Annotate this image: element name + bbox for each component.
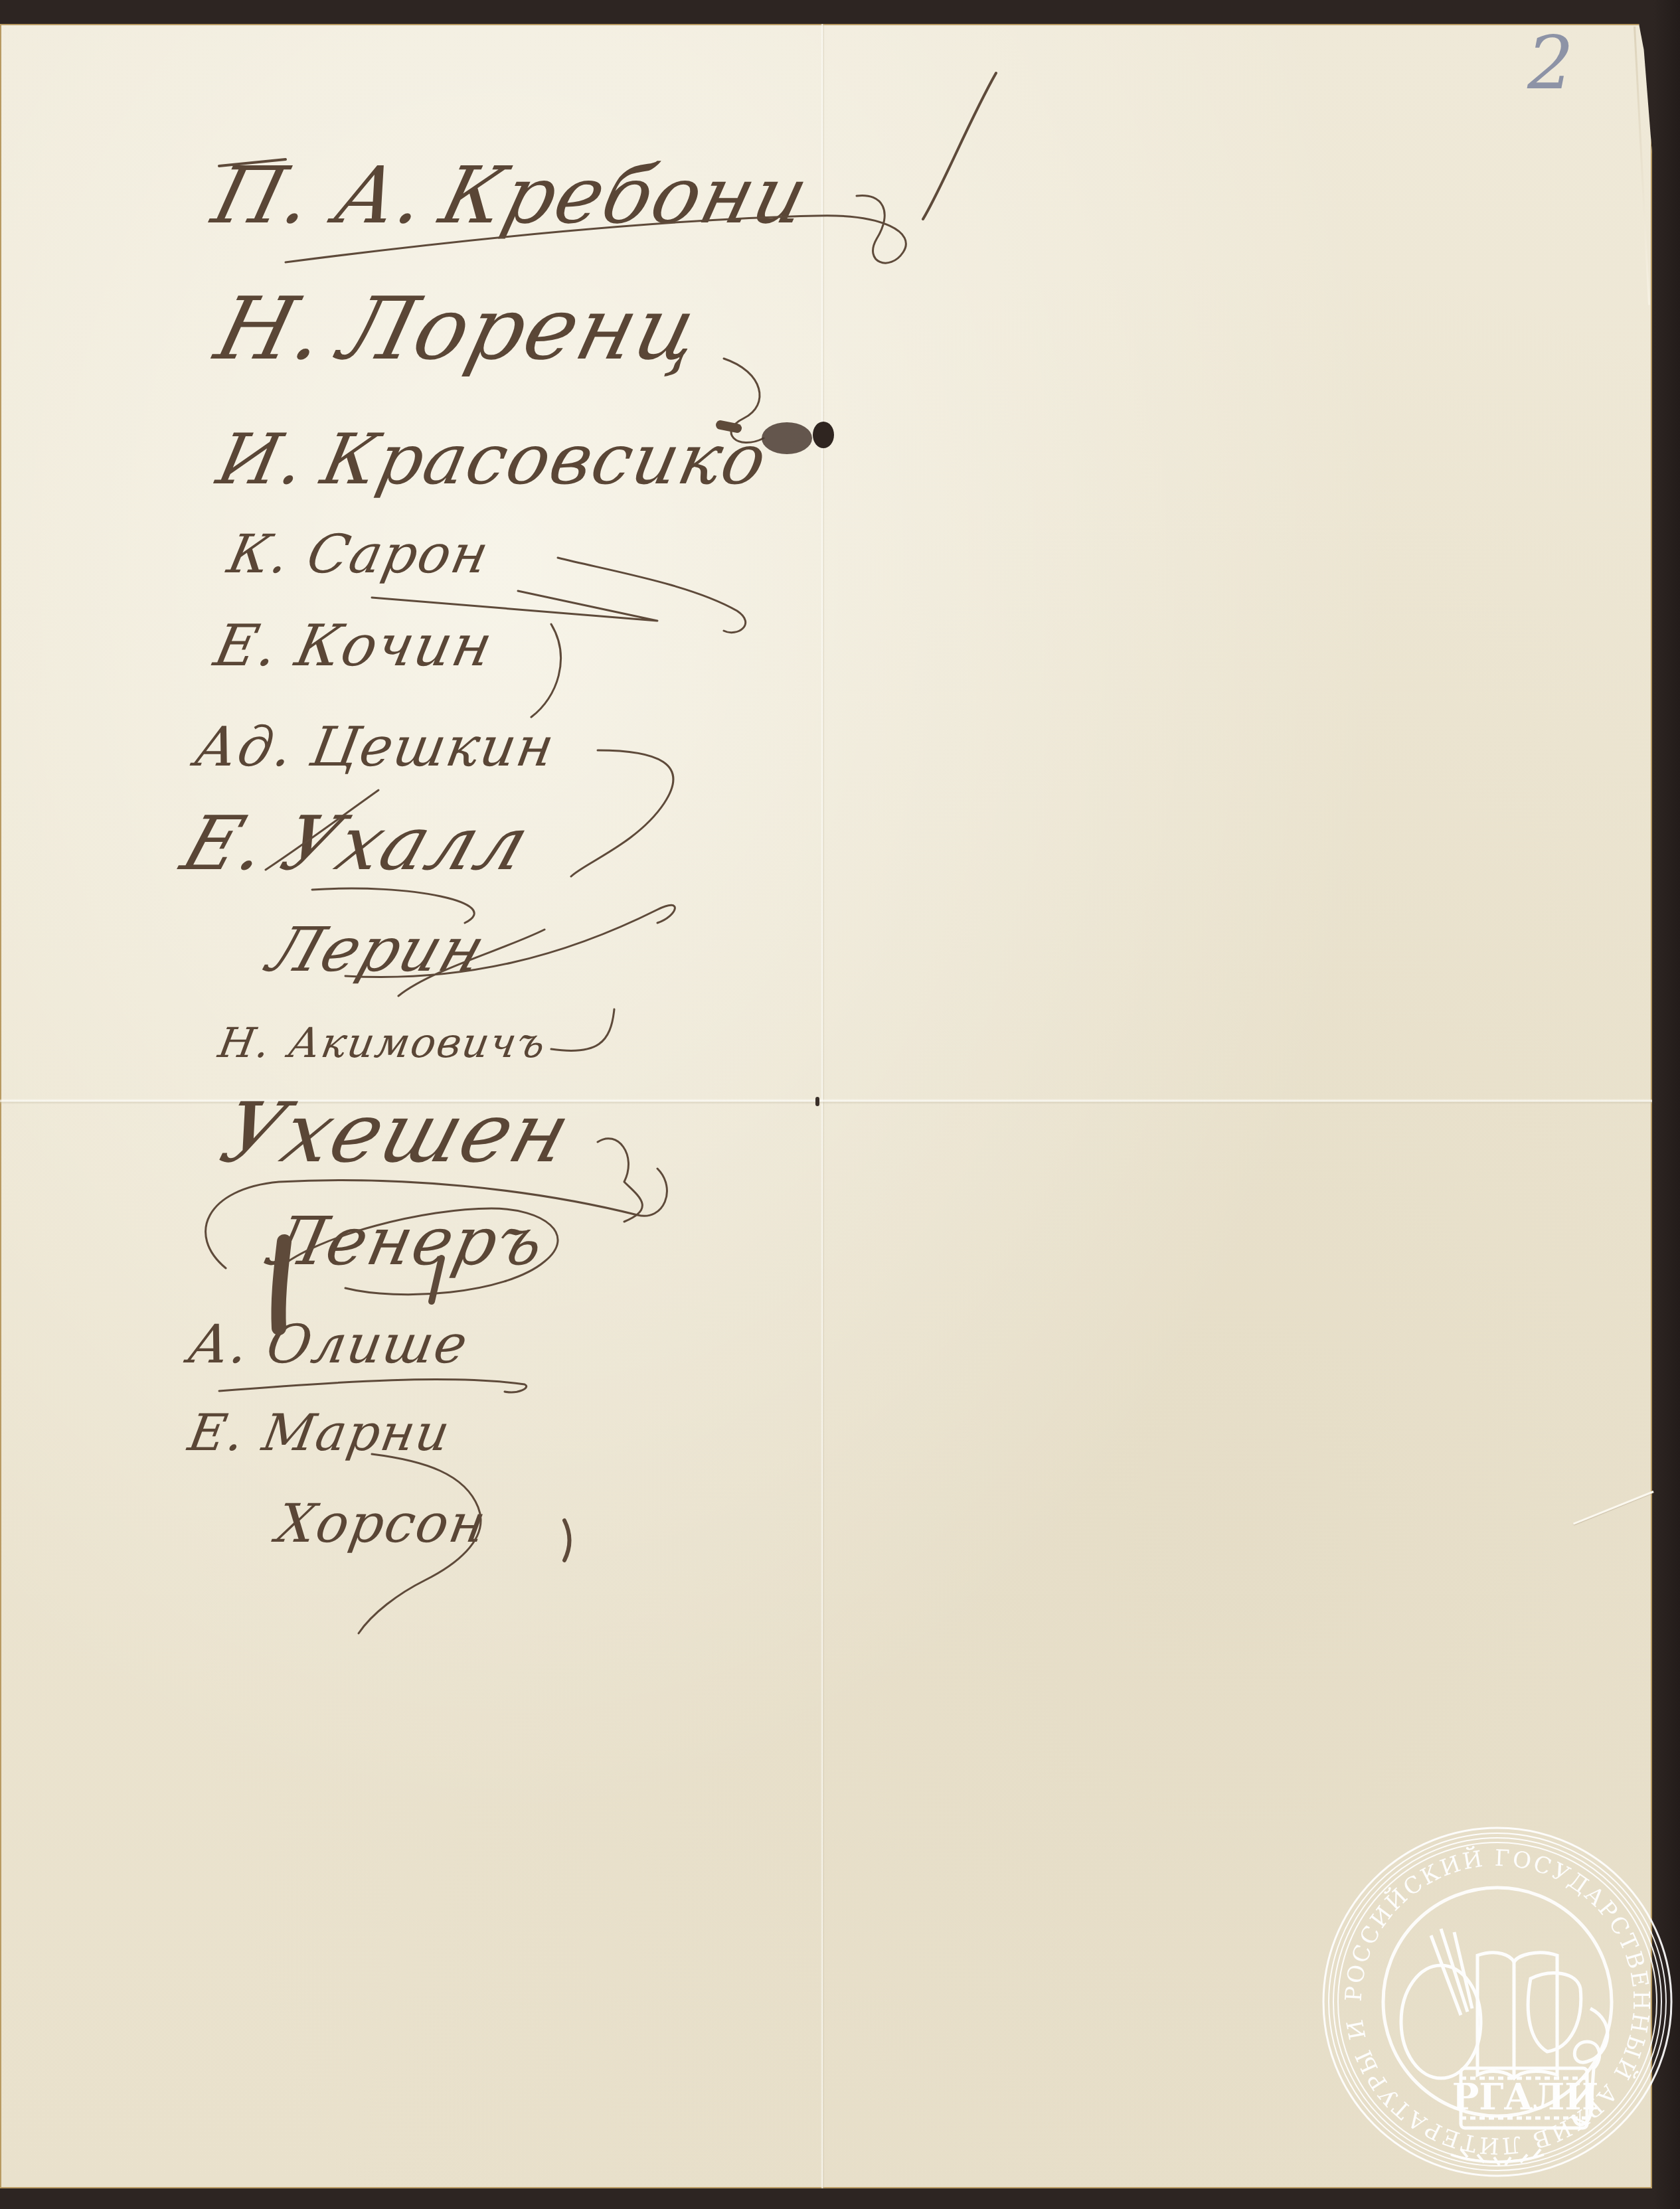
signature-initial: Ад. — [191, 716, 299, 779]
signature-surname: Красовсико — [315, 419, 774, 500]
rgali-seal-icon: РОССИЙСКИЙ ГОСУДАРСТВЕННЫЙ АРХИВ ЛИТЕРАТ… — [1318, 1823, 1677, 2181]
signature-initial: Е. — [184, 1403, 250, 1462]
signature-9: Н.Акимовичъ — [216, 1023, 550, 1064]
vertical-fold-line — [821, 24, 825, 2188]
signature-surname: Кочин — [290, 613, 499, 679]
signature-initial: Е. — [209, 613, 285, 679]
signature-initial: Н. — [215, 1019, 276, 1067]
signature-surname: Лерин — [260, 914, 495, 985]
signature-5: Е.Кочин — [210, 617, 498, 675]
signature-surname: Сарон — [302, 523, 495, 585]
signature-initial: А. — [184, 1313, 254, 1375]
signature-surname: Хорсон — [272, 1493, 491, 1554]
signature-4: К.Сарон — [223, 528, 493, 581]
svg-text:РГАЛИ: РГАЛИ — [1452, 2076, 1599, 2118]
signature-8: Лерин — [242, 920, 493, 981]
folio-number: 2 — [1527, 27, 1574, 100]
signature-surname: Цешкин — [306, 716, 560, 779]
signature-initial: П. А. — [205, 149, 436, 241]
signature-initial: К. — [222, 523, 296, 585]
signature-10: Ухешен — [194, 1092, 580, 1175]
signature-surname: Ленеръ — [263, 1202, 552, 1280]
archive-watermark-seal: РОССИЙСКИЙ ГОСУДАРСТВЕННЫЙ АРХИВ ЛИТЕРАТ… — [1318, 1823, 1677, 2181]
signature-6: Ад.Цешкин — [191, 720, 559, 775]
signature-1: П. А.Кребони — [206, 156, 817, 234]
fold-puncture-mark — [815, 1097, 819, 1106]
signature-14: Хорсон — [254, 1497, 491, 1550]
signature-7: Е.Ухалл — [174, 807, 539, 881]
signature-surname: Ухешен — [210, 1086, 582, 1181]
signature-12: А.Олише — [185, 1318, 472, 1371]
signature-surname: Марни — [258, 1403, 455, 1462]
signature-surname: Лоренц — [331, 278, 711, 379]
signature-surname: Кребони — [432, 149, 819, 241]
signature-initial: И. — [210, 419, 313, 500]
signature-13: Е.Марни — [185, 1408, 454, 1458]
signature-surname: Ухалл — [271, 801, 541, 887]
signature-3: И.Красовсико — [212, 425, 774, 495]
signature-surname: Олише — [262, 1313, 473, 1375]
signature-2: Н.Лоренц — [209, 286, 709, 372]
signature-surname: Акимовичъ — [285, 1019, 550, 1067]
signature-11: Ленеръ — [245, 1208, 550, 1275]
